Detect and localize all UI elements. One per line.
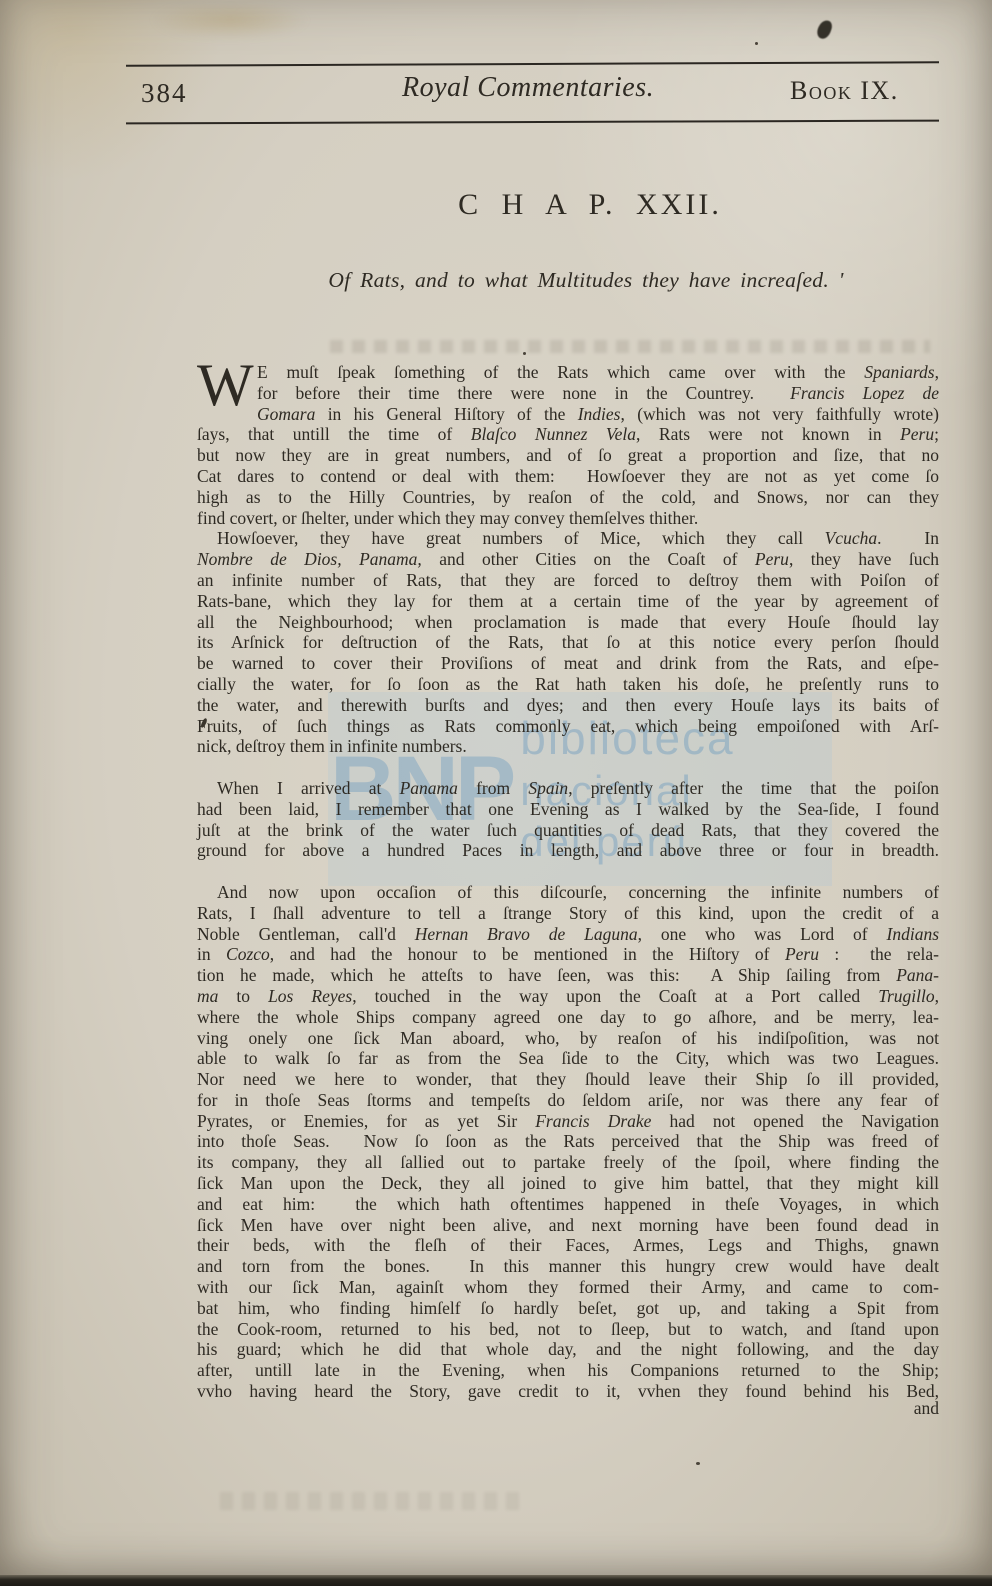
body-line: Howſoever, they have great numbers of Mi…: [197, 528, 939, 549]
paper-speck: [755, 42, 758, 45]
body-line: Rats-bane, which they lay for them at a …: [197, 591, 939, 612]
show-through-text-bottom: [220, 1492, 520, 1510]
body-line: for in thoſe Seas ſtorms and tempeſts do…: [197, 1090, 939, 1111]
body-line: Cat dares to contend or deal with them: …: [197, 466, 939, 487]
body-line: When I arrived at Panama from Spain, pre…: [197, 778, 939, 799]
body-line: able to walk ſo far as from the Sea ſide…: [197, 1048, 939, 1069]
body-line: their beds, with the fleſh of their Face…: [197, 1235, 939, 1256]
body-line: and torn from the bones. In this manner …: [197, 1256, 939, 1277]
body-line: Nor need we here to wonder, that they ſh…: [197, 1069, 939, 1090]
running-title: Royal Commentaries.: [402, 72, 654, 104]
book-page-scan: 384 Royal Commentaries. Book IX. C H A P…: [0, 0, 992, 1586]
paper-speck: [523, 352, 526, 355]
paragraph: WE muſt ſpeak ſomething of the Rats whic…: [197, 362, 939, 528]
catchword: and: [197, 1398, 943, 1419]
body-line: where the whole Ships company agreed one…: [197, 1007, 939, 1028]
body-line: ſays, that untill the time of Blaſco Nun…: [197, 424, 939, 445]
body-line: into thoſe Seas. Now ſo ſoon as the Rats…: [197, 1131, 939, 1152]
body-line: bat him, who finding himſelf ſo hardly b…: [197, 1298, 939, 1319]
body-line: Noble Gentleman, call'd Hernan Bravo de …: [197, 924, 939, 945]
book-label: Book IX.: [790, 76, 899, 106]
body-line: nick, deſtroy them in infinite numbers.: [197, 736, 939, 757]
body-line: E muſt ſpeak ſomething of the Rats which…: [197, 362, 939, 383]
chapter-heading: C H A P. XXII.: [210, 188, 970, 222]
paragraph: Howſoever, they have great numbers of Mi…: [197, 528, 939, 757]
body-line: ma to Los Reyes, touched in the way upon…: [197, 986, 939, 1007]
body-line: Fruits, of ſuch things as Rats commonly …: [197, 716, 939, 737]
paragraph: When I arrived at Panama from Spain, pre…: [197, 778, 939, 861]
body-line: with our ſick Man, againſt whom they for…: [197, 1277, 939, 1298]
body-line: high as to the Hilly Countries, by reaſo…: [197, 487, 939, 508]
body-line: find covert, or ſhelter, under which the…: [197, 508, 939, 529]
body-line: Nombre de Dios, Panama, and other Cities…: [197, 549, 939, 570]
body-line: the Cook-room, returned to his bed, not …: [197, 1319, 939, 1340]
body-line: ſick Man upon the Deck, they all joined …: [197, 1173, 939, 1194]
body-line: Gomara in his General Hiſtory of the Ind…: [197, 404, 939, 425]
body-line: ground for above a hundred Paces in leng…: [197, 840, 939, 861]
body-line: Rats, I ſhall adventure to tell a ſtrang…: [197, 903, 939, 924]
body-line: his guard; which he did that whole day, …: [197, 1339, 939, 1360]
drop-cap: W: [197, 363, 253, 404]
chapter-subtitle: Of Rats, and to what Multitudes they hav…: [206, 268, 966, 293]
body-line: but now they are in great numbers, and o…: [197, 445, 939, 466]
body-line: tion he made, which he atteſts to have ſ…: [197, 965, 939, 986]
header-rule-top: [126, 61, 939, 67]
header-rule-bottom: [126, 120, 939, 125]
body-line: after, untill late in the Evening, when …: [197, 1360, 939, 1381]
page-number: 384: [141, 78, 188, 109]
body-line: be warned to cover their Proviſions of m…: [197, 653, 939, 674]
body-line: ving onely one ſick Man aboard, who, by …: [197, 1028, 939, 1049]
paragraph: And now upon occaſion of this diſcourſe,…: [197, 882, 939, 1402]
body-text: WE muſt ſpeak ſomething of the Rats whic…: [197, 362, 939, 1402]
ink-blot: [815, 18, 833, 40]
body-line: an infinite number of Rats, that they ar…: [197, 570, 939, 591]
body-line: the water, and therewith burſts and dyes…: [197, 695, 939, 716]
body-line: Pyrates, or Enemies, for as yet Sir Fran…: [197, 1111, 939, 1132]
body-line: its Arſnick for deſtruction of the Rats,…: [197, 632, 939, 653]
body-line: and eat him: the which hath oftentimes h…: [197, 1194, 939, 1215]
scan-bottom-edge: [0, 1575, 992, 1586]
body-line: in Cozco, and had the honour to be menti…: [197, 944, 939, 965]
body-line: for before their time there were none in…: [197, 383, 939, 404]
body-line: ſick Men have over night been alive, and…: [197, 1215, 939, 1236]
body-line: cially the water, for ſo ſoon as the Rat…: [197, 674, 939, 695]
body-line: And now upon occaſion of this diſcourſe,…: [197, 882, 939, 903]
body-line: had been laid, I remember that one Eveni…: [197, 799, 939, 820]
body-line: its company, they all ſallied out to par…: [197, 1152, 939, 1173]
body-line: juſt at the brink of the water ſuch quan…: [197, 820, 939, 841]
body-line: all the Neighbourhood; when proclamation…: [197, 612, 939, 633]
show-through-text-top: [330, 340, 930, 353]
paper-stain: [150, 0, 310, 40]
paper-speck: [696, 1462, 700, 1465]
